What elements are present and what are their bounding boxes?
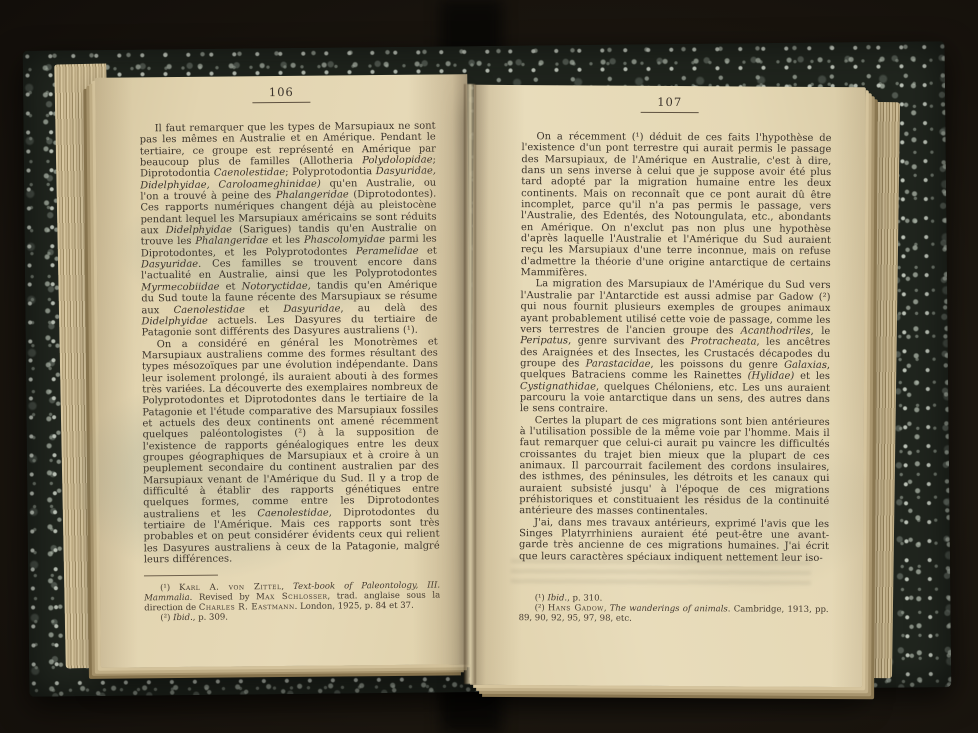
page-number-text: 106: [269, 85, 294, 99]
right-page-footnotes-list: (¹) Ibid., p. 310.(²) Hans Gadow, The wa…: [519, 593, 829, 625]
right-page-paragraphs: On a récemment (¹) déduit de ces faits l…: [519, 131, 832, 564]
photo-background: 106 Il faut remarquer que les types de M…: [0, 0, 978, 733]
left-page-footnotes-list: (¹) Karl A. von Zittel, Text-book of Pal…: [144, 580, 440, 623]
page-number-left: 106: [95, 83, 467, 105]
footnote-rule: [144, 574, 218, 576]
paragraph: Certes la plupart de ces migrations sont…: [519, 415, 830, 519]
paragraph: On a considéré en général les Monotrèmes…: [142, 336, 440, 566]
page-number-rule: [641, 112, 699, 113]
paragraph: On a récemment (¹) déduit de ces faits l…: [521, 131, 832, 280]
paragraph: Il faut remarquer que les types de Marsu…: [140, 121, 438, 339]
paragraph: J'ai, dans mes travaux antérieurs, expri…: [519, 517, 829, 564]
book-gutter-crease: [464, 84, 476, 684]
page-number-text: 107: [657, 95, 682, 109]
page-107: 107 On a récemment (¹) déduit de ces fai…: [470, 85, 866, 687]
footnote: (¹) Karl A. von Zittel, Text-book of Pal…: [144, 580, 440, 613]
page-number-right: 107: [474, 94, 866, 114]
page-number-rule: [252, 102, 310, 104]
page-106: 106 Il faut remarquer que les types de M…: [95, 74, 473, 668]
paragraph: La migration des Marsupiaux de l'Amériqu…: [520, 279, 831, 417]
left-page-footnotes: (¹) Karl A. von Zittel, Text-book of Pal…: [144, 572, 440, 623]
footnote: (²) Ibid., p. 309.: [144, 610, 440, 623]
footnote: (²) Hans Gadow, The wanderings of animal…: [519, 603, 829, 625]
left-page-paragraphs: Il faut remarquer que les types de Marsu…: [140, 121, 440, 566]
right-page-footnotes: (¹) Ibid., p. 310.(²) Hans Gadow, The wa…: [519, 593, 829, 625]
